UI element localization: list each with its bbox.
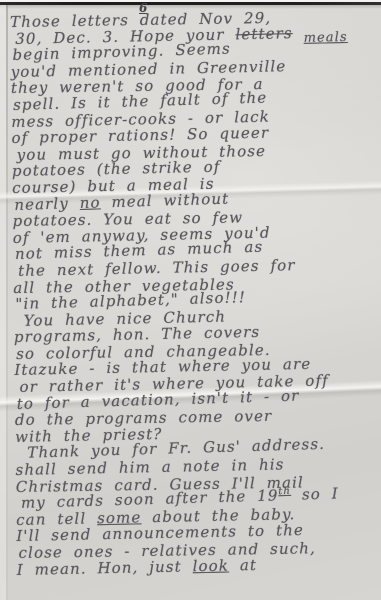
handwritten-segment: meal without [100,189,229,211]
letter-body: Those letters dated Nov 29,30, Dec. 3. H… [10,8,381,577]
paper-left-edge [6,5,8,600]
handwritten-segment-underline: look [192,556,229,575]
scanned-letter-page: 6 Those letters dated Nov 29,30, Dec. 3.… [0,0,381,600]
handwritten-segment: at [229,556,257,575]
handwritten-segment: so I [291,485,339,504]
handwritten-segment: I mean. Hon, just [17,557,193,579]
handwritten-segment-underline: no [79,193,100,212]
handwritten-segment-sup: th [278,486,291,497]
